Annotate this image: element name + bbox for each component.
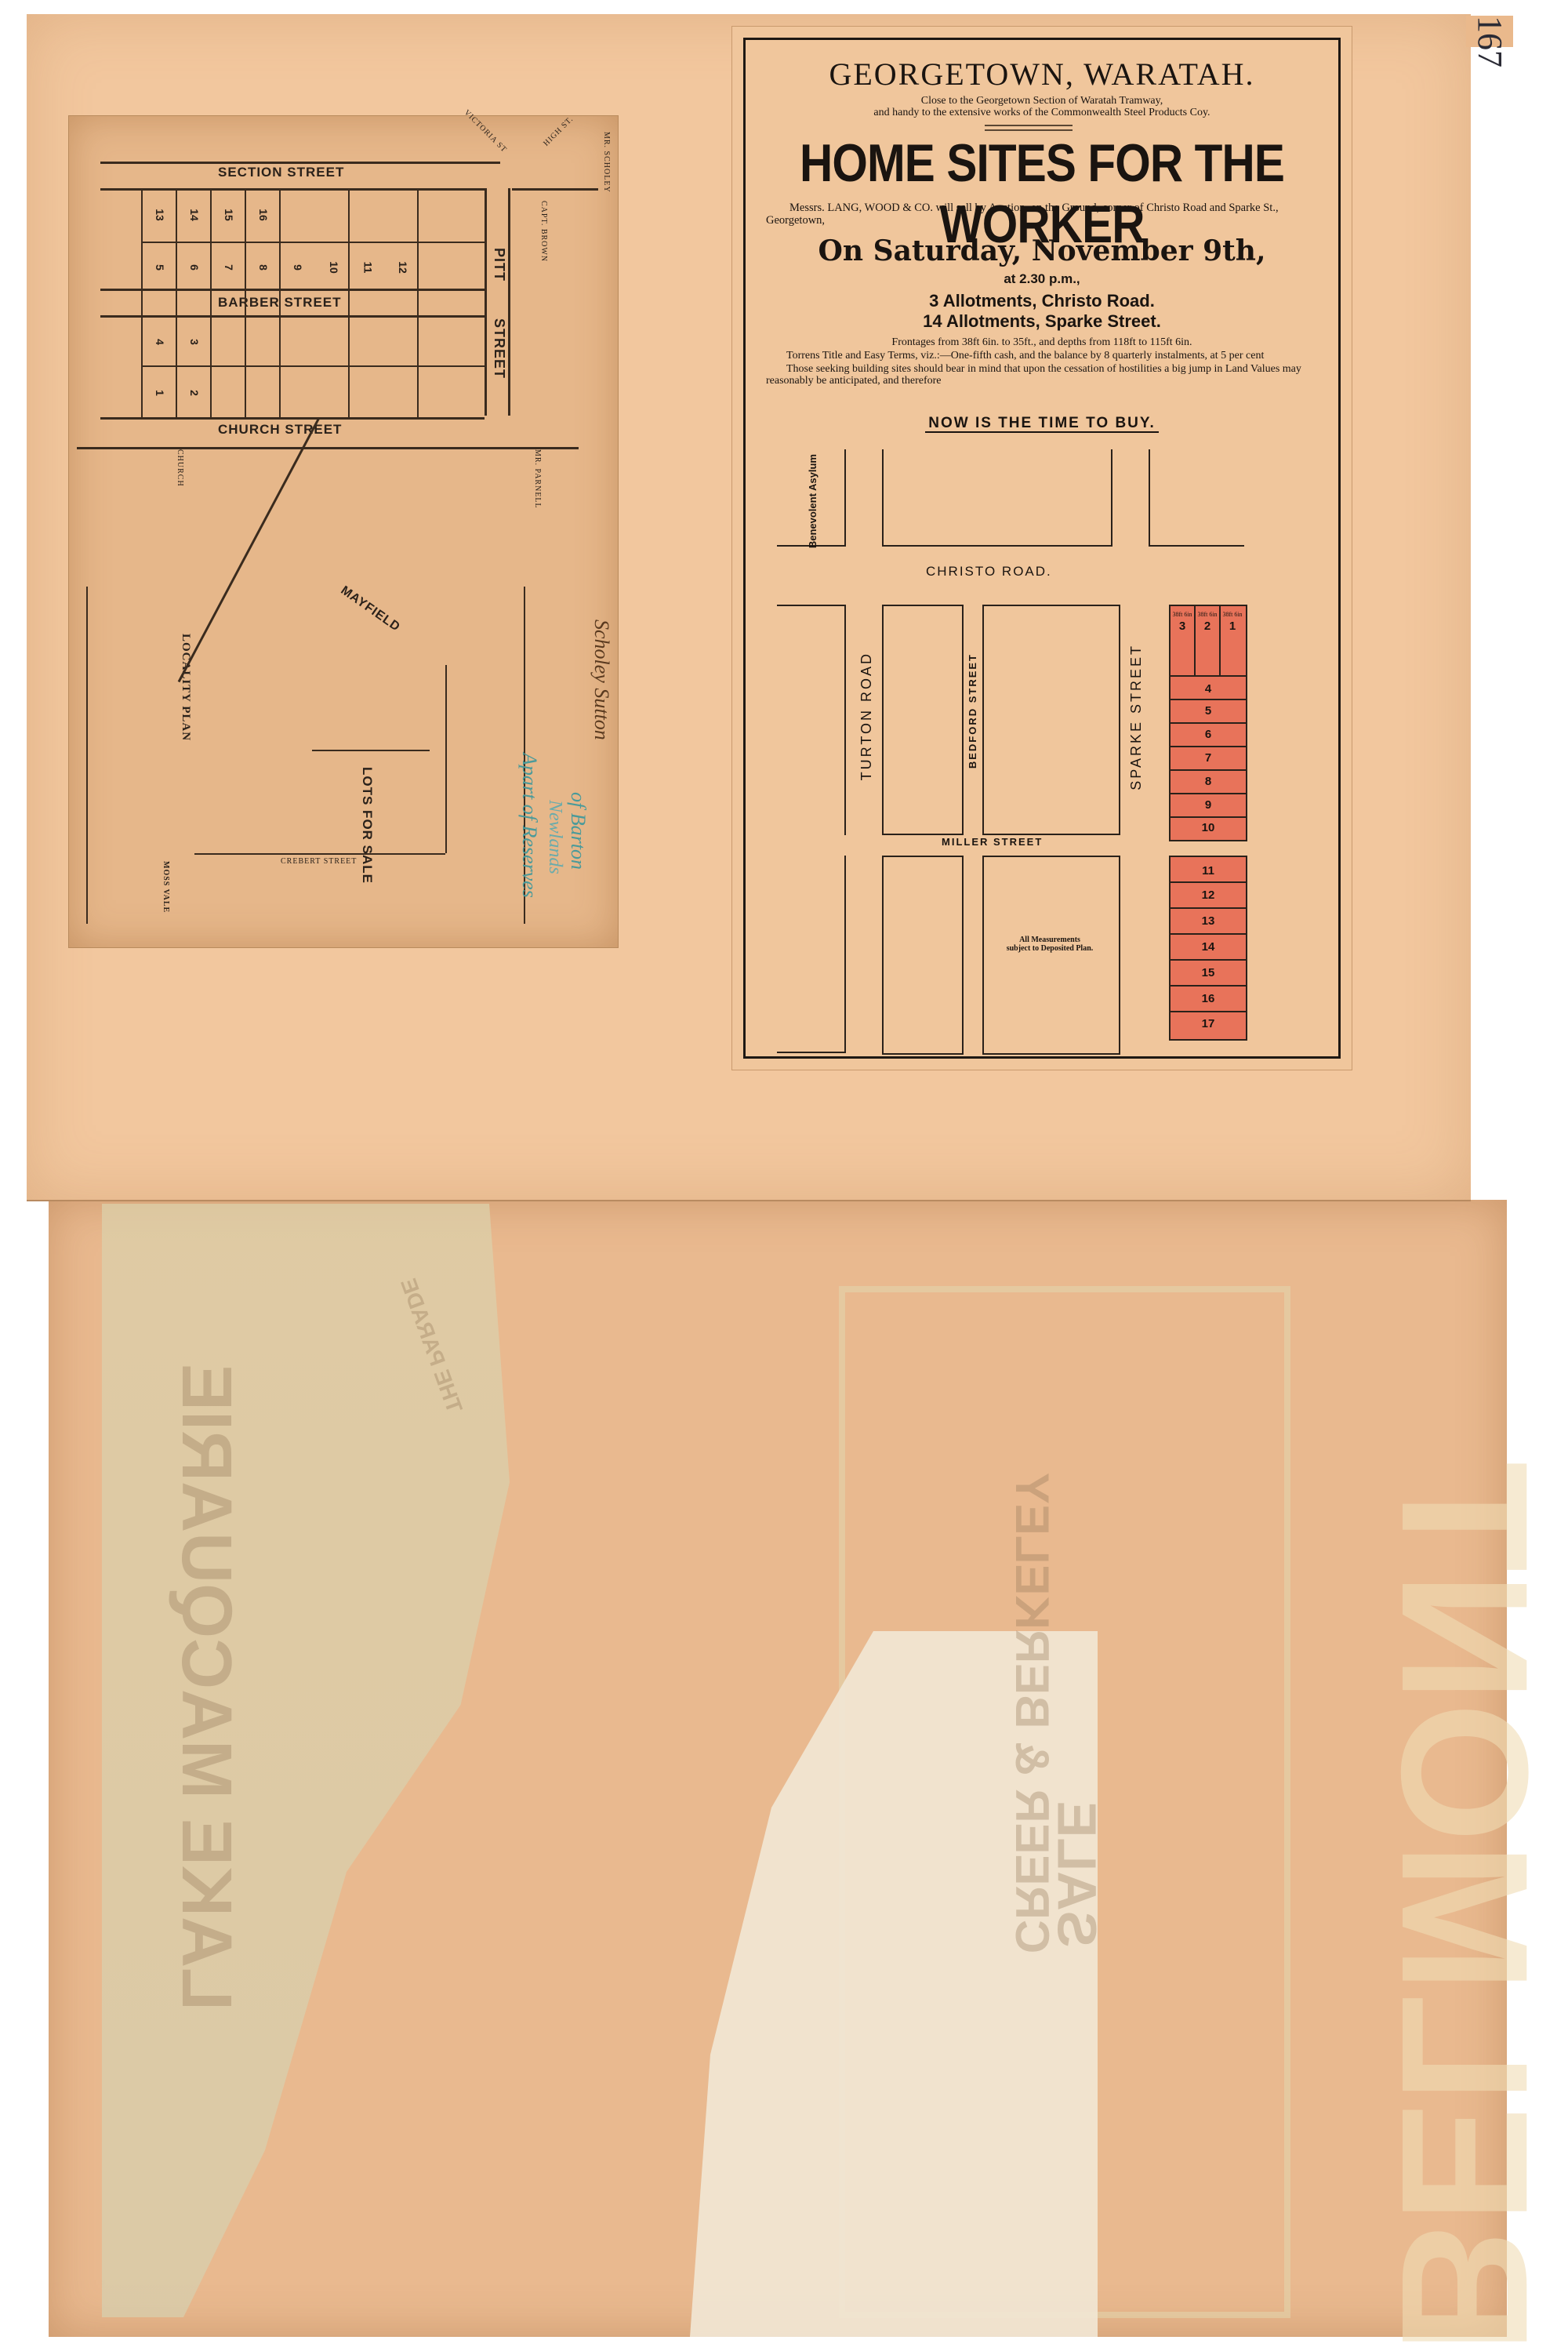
tramway-line (178, 418, 320, 682)
block-turton-bedford (882, 605, 964, 835)
bedford-street-label: BEDFORD STREET (967, 653, 978, 769)
call-to-action-text: NOW IS THE TIME TO BUY. (925, 415, 1159, 433)
block-bedford-sparke (982, 605, 1120, 835)
lot-16[interactable]: 16 (1171, 987, 1246, 1012)
lot-15: 15 (223, 209, 235, 221)
block-west (777, 605, 846, 835)
allotments-sparke: 14 Allotments, Sparke Street. (746, 311, 1338, 332)
auction-text: Messrs. LANG, WOOD & CO. will sell by Au… (766, 202, 1318, 227)
locality-plan-title: LOCALITY PLAN (179, 634, 192, 741)
subtitle-line-2: and handy to the extensive works of the … (746, 107, 1338, 118)
lot-8: 8 (257, 264, 270, 271)
miller-street-label: MILLER STREET (942, 836, 1043, 848)
frontages-text: Frontages from 38ft 6in. to 35ft., and d… (766, 336, 1318, 348)
lot-9[interactable]: 9 (1171, 794, 1246, 818)
railway-line (86, 587, 88, 924)
lot-13[interactable]: 13 (1171, 909, 1246, 935)
owner-brown: CAPT. BROWN (539, 201, 548, 262)
poster-body: Frontages from 38ft 6in. to 35ft., and d… (766, 336, 1318, 388)
high-st-label: HIGH ST. (542, 114, 575, 147)
owner-church: CHURCH (176, 449, 184, 487)
site-plan: Benevolent Asylum CHRISTO ROAD. TURTON R… (777, 448, 1334, 1059)
lot-4[interactable]: 4 (1171, 677, 1246, 700)
lot-10: 10 (328, 261, 340, 274)
block-south-centre (882, 856, 964, 1055)
lot-1: 1 (154, 390, 166, 396)
turton-road-label: TURTON ROAD (858, 652, 875, 780)
subtitle-line-1: Close to the Georgetown Section of Warat… (746, 95, 1338, 107)
block-north-centre (882, 449, 1112, 547)
archive-page-number: 167 (1466, 16, 1513, 47)
lot-12: 12 (397, 261, 409, 274)
block-sw (777, 856, 846, 1053)
street-church: CHURCH STREET (218, 422, 342, 438)
handwritten-note-3: Newlands (544, 800, 565, 874)
street-pitt: PITT (491, 248, 507, 282)
lot-2: 2 (188, 390, 201, 396)
lot-3: 3 (188, 339, 201, 345)
allotments-christo: 3 Allotments, Christo Road. (746, 291, 1338, 311)
auction-time: at 2.30 p.m., (746, 271, 1338, 287)
lot-17[interactable]: 17 (1171, 1012, 1246, 1037)
lots-for-sale-label: LOTS FOR SALE (359, 767, 375, 884)
lot-6[interactable]: 6 (1171, 724, 1246, 747)
lot-5: 5 (154, 264, 166, 271)
lot-3-christo[interactable]: 38ft 6in3 (1171, 606, 1196, 675)
lot-4: 4 (154, 339, 166, 345)
christo-road-label: CHRISTO ROAD. (926, 564, 1052, 580)
lot-10[interactable]: 10 (1171, 818, 1246, 838)
lot-2-christo[interactable]: 38ft 6in2 (1196, 606, 1221, 675)
lot-11[interactable]: 11 (1171, 857, 1246, 883)
call-to-action: NOW IS THE TIME TO BUY. (746, 415, 1338, 432)
lot-16: 16 (257, 209, 270, 221)
street-pitt-2: STREET (491, 318, 507, 379)
lot-7: 7 (223, 264, 235, 271)
handwritten-note-4: Apart of Reserves (517, 753, 541, 898)
double-rule (985, 125, 1073, 131)
lot-12[interactable]: 12 (1171, 883, 1246, 909)
moss-vale: MOSS VALE (162, 861, 170, 913)
lot-14: 14 (188, 209, 201, 221)
handwritten-note-2: of Barton (566, 792, 590, 870)
measurement-note-line-2: subject to Deposited Plan. (989, 944, 1111, 953)
benevolent-asylum-label: Benevolent Asylum (807, 454, 818, 548)
lot-9: 9 (292, 264, 304, 271)
ghost-text-belmont: BELMONT (1361, 1462, 1568, 2351)
measurement-note: All Measurements subject to Deposited Pl… (989, 936, 1111, 953)
lots-4-10-block: 38ft 6in3 38ft 6in2 38ft 6in1 4 5 6 7 8 … (1169, 605, 1247, 841)
block-south-east (982, 856, 1120, 1055)
lot-1-christo[interactable]: 38ft 6in1 (1221, 606, 1244, 675)
auction-date: On Saturday, November 9th, (746, 234, 1338, 267)
lots-11-17-block: 11 12 13 14 15 16 17 (1169, 856, 1247, 1041)
advice-text: Those seeking building sites should bear… (766, 363, 1318, 387)
measurement-note-line-1: All Measurements (989, 936, 1111, 944)
lot-14[interactable]: 14 (1171, 935, 1246, 961)
sparke-street-label: SPARKE STREET (1128, 644, 1145, 790)
mayfield-label: MAYFIELD (338, 583, 403, 634)
ghost-text-lake: LAKE MACQUARIE (165, 1364, 246, 2011)
owner-parnell: MR. PARNELL (533, 449, 542, 509)
lot-6: 6 (188, 264, 201, 271)
lot-8[interactable]: 8 (1171, 771, 1246, 794)
lot-13: 13 (154, 209, 166, 221)
lot-11: 11 (361, 262, 374, 274)
christo-lots-row: 38ft 6in3 38ft 6in2 38ft 6in1 (1171, 606, 1246, 677)
auction-poster: GEORGETOWN, WARATAH. Close to the George… (732, 27, 1352, 1070)
poster-border: GEORGETOWN, WARATAH. Close to the George… (743, 38, 1341, 1059)
ghost-text-agents: CREER & BERKELEY (1005, 1473, 1059, 1953)
lot-7[interactable]: 7 (1171, 747, 1246, 771)
terms-text: Torrens Title and Easy Terms, viz.:—One-… (766, 350, 1318, 362)
street-section: SECTION STREET (218, 165, 344, 180)
poster-title: GEORGETOWN, WARATAH. (746, 56, 1338, 93)
ingall-street: CREBERT STREET (281, 857, 357, 866)
owner-scholey: MR. SCHOLEY (602, 132, 611, 193)
handwritten-note-1: Scholey Sutton (590, 620, 613, 740)
lot-15[interactable]: 15 (1171, 961, 1246, 987)
block-north-east (1149, 449, 1244, 547)
lot-5[interactable]: 5 (1171, 700, 1246, 724)
poster-subtitle: Close to the Georgetown Section of Warat… (746, 95, 1338, 118)
